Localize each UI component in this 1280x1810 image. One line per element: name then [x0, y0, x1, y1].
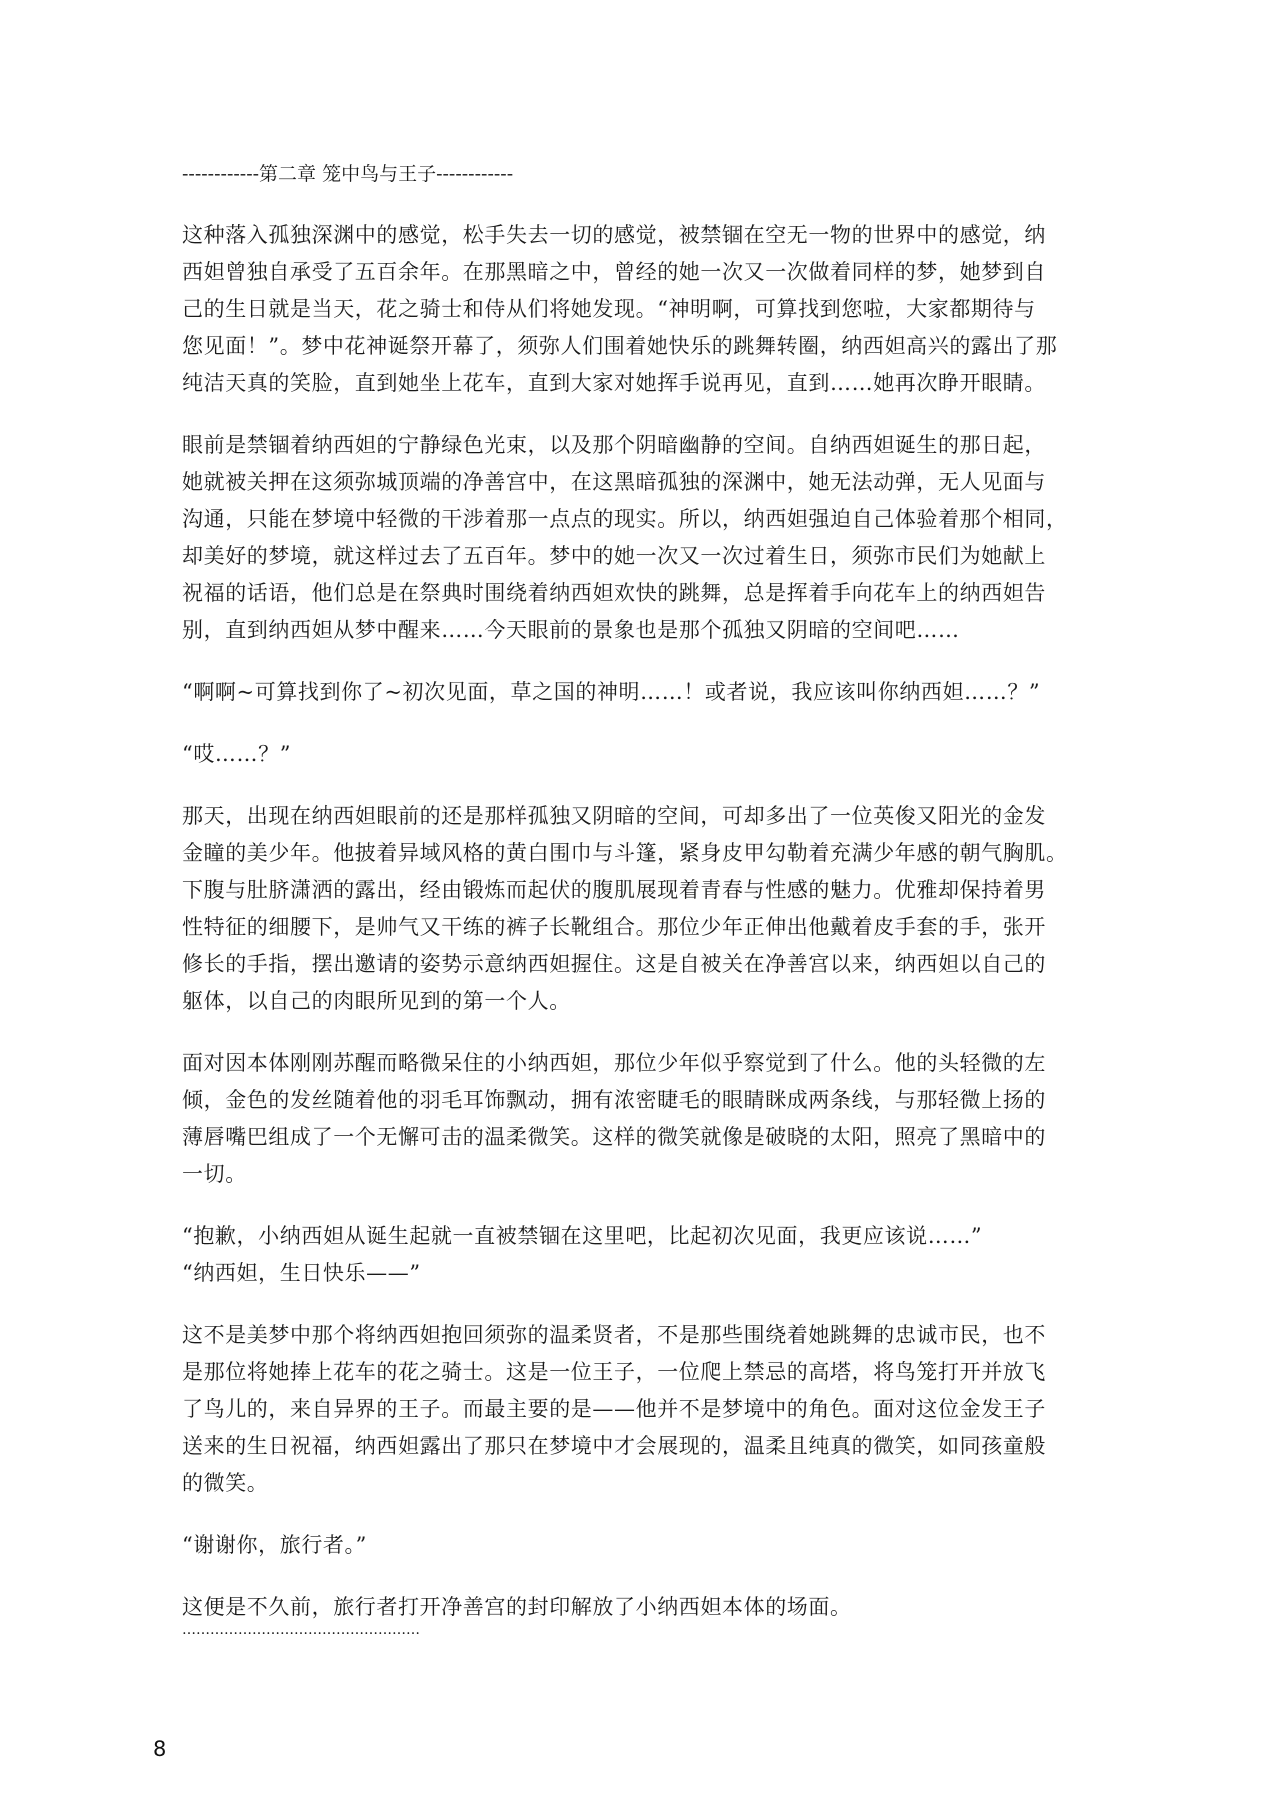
text-line: “啊啊~可算找到你了~初次见面，草之国的神明……！或者说，我应该叫你纳西妲……？…	[182, 674, 1102, 711]
text-line: 修长的手指，摆出邀请的姿势示意纳西妲握住。这是自被关在净善宫以来，纳西妲以自己的	[182, 946, 1102, 983]
paragraph-5: 这不是美梦中那个将纳西妲抱回须弥的温柔贤者，不是那些围绕着她跳舞的忠诚市民，也不…	[182, 1317, 1102, 1502]
text-line: 沟通，只能在梦境中轻微的干涉着那一点点的现实。所以，纳西妲强迫自己体验着那个相同…	[182, 501, 1102, 538]
document-page: ------------第二章 笼中鸟与王子------------ 这种落入孤…	[0, 0, 1280, 1810]
page-content: ------------第二章 笼中鸟与王子------------ 这种落入孤…	[182, 156, 1102, 1640]
text-line: 己的生日就是当天，花之骑士和侍从们将她发现。“神明啊，可算找到您啦，大家都期待与	[182, 291, 1102, 328]
dialogue-nahida-surprise: “哎……？”	[182, 736, 1102, 773]
text-line: 的微笑。	[182, 1465, 1102, 1502]
text-line: 薄唇嘴巴组成了一个无懈可击的温柔微笑。这样的微笑就像是破晓的太阳，照亮了黑暗中的	[182, 1119, 1102, 1156]
text-line: 性特征的细腰下，是帅气又干练的裤子长靴组合。那位少年正伸出他戴着皮手套的手，张开	[182, 909, 1102, 946]
text-line: 送来的生日祝福，纳西妲露出了那只在梦境中才会展现的，温柔且纯真的微笑，如同孩童般	[182, 1428, 1102, 1465]
text-line: 眼前是禁锢着纳西妲的宁静绿色光束，以及那个阴暗幽静的空间。自纳西妲诞生的那日起，	[182, 427, 1102, 464]
page-number: 8	[153, 1737, 166, 1761]
text-line: 金瞳的美少年。他披着异域风格的黄白围巾与斗篷，紧身皮甲勾勒着充满少年感的朝气胸肌…	[182, 835, 1102, 872]
text-line: “哎……？”	[182, 736, 1102, 773]
text-line: 面对因本体刚刚苏醒而略微呆住的小纳西妲，那位少年似乎察觉到了什么。他的头轻微的左	[182, 1045, 1102, 1082]
text-line: 一切。	[182, 1156, 1102, 1193]
text-line: 却美好的梦境，就这样过去了五百年。梦中的她一次又一次过着生日，须弥市民们为她献上	[182, 538, 1102, 575]
paragraph-3: 那天，出现在纳西妲眼前的还是那样孤独又阴暗的空间，可却多出了一位英俊又阳光的金发…	[182, 798, 1102, 1020]
text-line: 西妲曾独自承受了五百余年。在那黑暗之中，曾经的她一次又一次做着同样的梦，她梦到自	[182, 254, 1102, 291]
text-line: 这种落入孤独深渊中的感觉，松手失去一切的感觉，被禁锢在空无一物的世界中的感觉，纳	[182, 217, 1102, 254]
text-line: 是那位将她捧上花车的花之骑士。这是一位王子，一位爬上禁忌的高塔，将鸟笼打开并放飞	[182, 1354, 1102, 1391]
text-line: “抱歉，小纳西妲从诞生起就一直被禁锢在这里吧，比起初次见面，我更应该说……”	[182, 1218, 1102, 1255]
text-line: 那天，出现在纳西妲眼前的还是那样孤独又阴暗的空间，可却多出了一位英俊又阳光的金发	[182, 798, 1102, 835]
dialogue-traveler-greeting: “啊啊~可算找到你了~初次见面，草之国的神明……！或者说，我应该叫你纳西妲……？…	[182, 674, 1102, 711]
dialogue-thank-you: “谢谢你，旅行者。”	[182, 1527, 1102, 1564]
text-line: 了鸟儿的，来自异界的王子。而最主要的是——他并不是梦境中的角色。面对这位金发王子	[182, 1391, 1102, 1428]
text-line: 她就被关押在这须弥城顶端的净善宫中，在这黑暗孤独的深渊中，她无法动弹，无人见面与	[182, 464, 1102, 501]
chapter-heading: ------------第二章 笼中鸟与王子------------	[182, 156, 1102, 193]
paragraph-1: 这种落入孤独深渊中的感觉，松手失去一切的感觉，被禁锢在空无一物的世界中的感觉，纳…	[182, 217, 1102, 402]
paragraph-4: 面对因本体刚刚苏醒而略微呆住的小纳西妲，那位少年似乎察觉到了什么。他的头轻微的左…	[182, 1045, 1102, 1193]
text-line: 祝福的话语，他们总是在祭典时围绕着纳西妲欢快的跳舞，总是挥着手向花车上的纳西妲告	[182, 575, 1102, 612]
text-line: 下腹与肚脐潇洒的露出，经由锻炼而起伏的腹肌展现着青春与性感的魅力。优雅却保持着男	[182, 872, 1102, 909]
text-line: 躯体，以自己的肉眼所见到的第一个人。	[182, 983, 1102, 1020]
paragraph-2: 眼前是禁锢着纳西妲的宁静绿色光束，以及那个阴暗幽静的空间。自纳西妲诞生的那日起，…	[182, 427, 1102, 649]
text-line: 倾，金色的发丝随着他的羽毛耳饰飘动，拥有浓密睫毛的眼睛眯成两条线，与那轻微上扬的	[182, 1082, 1102, 1119]
dialogue-birthday-wish: “抱歉，小纳西妲从诞生起就一直被禁锢在这里吧，比起初次见面，我更应该说……” “…	[182, 1218, 1102, 1292]
text-line: “纳西妲，生日快乐——”	[182, 1255, 1102, 1292]
text-line: 纯洁天真的笑脸，直到她坐上花车，直到大家对她挥手说再见，直到……她再次睁开眼睛。	[182, 365, 1102, 402]
text-line: 这不是美梦中那个将纳西妲抱回须弥的温柔贤者，不是那些围绕着她跳舞的忠诚市民，也不	[182, 1317, 1102, 1354]
text-line: “谢谢你，旅行者。”	[182, 1527, 1102, 1564]
text-line: 别，直到纳西妲从梦中醒来……今天眼前的景象也是那个孤独又阴暗的空间吧……	[182, 612, 1102, 649]
text-line: 您见面！”。梦中花神诞祭开幕了，须弥人们围着她快乐的跳舞转圈，纳西妲高兴的露出了…	[182, 328, 1102, 365]
